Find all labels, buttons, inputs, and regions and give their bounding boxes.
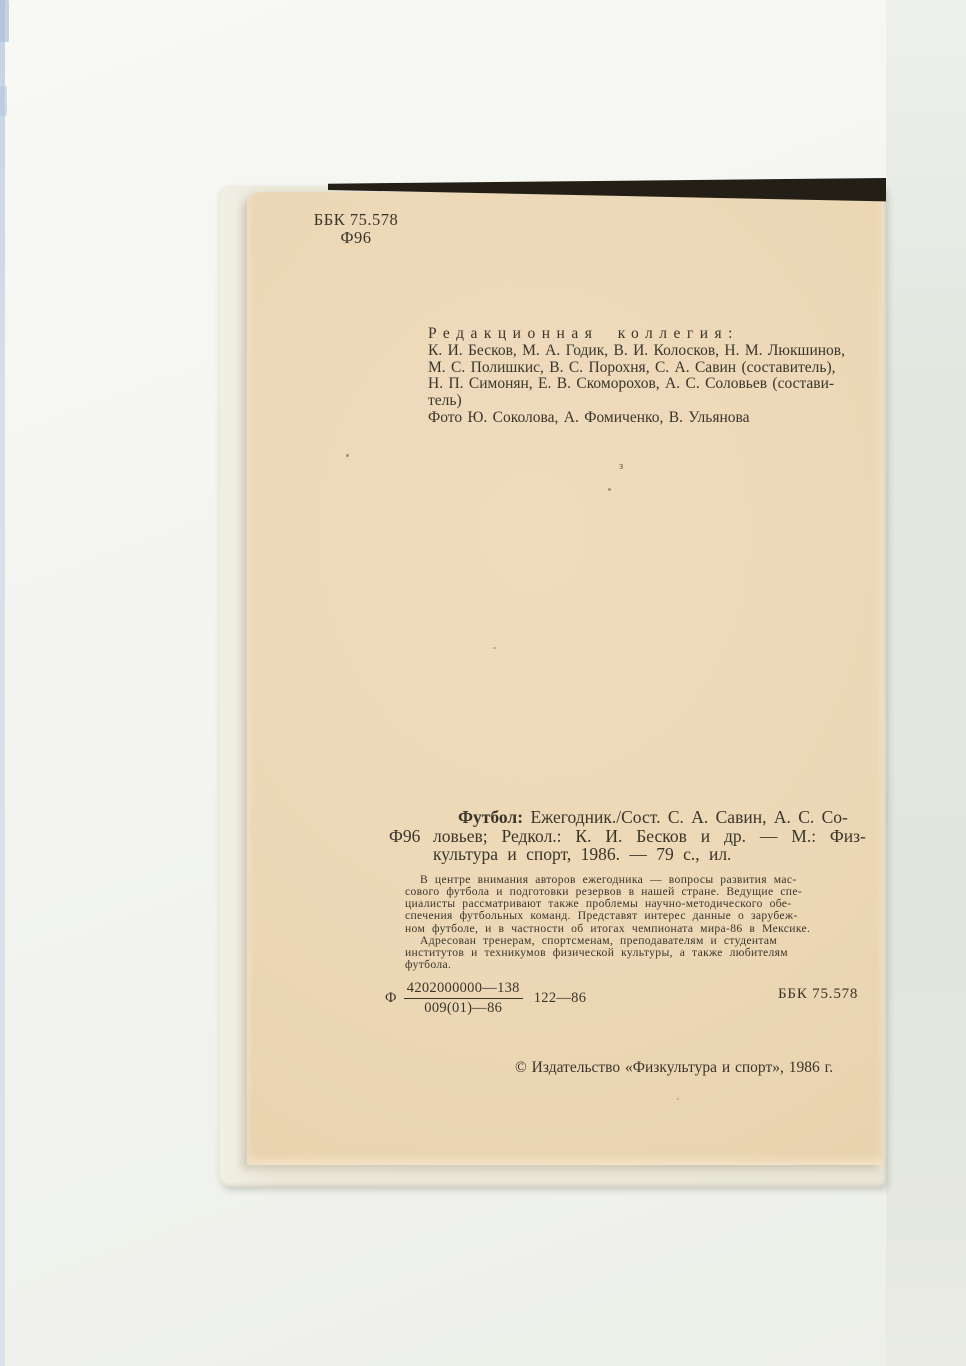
catalog-line-rest: Ежегодник./Сост. С. А. Савин, А. С. Со- <box>523 807 848 827</box>
book-title-bold: Футбол: <box>458 807 523 827</box>
annotation-line: ном футболе, и в частности об итогах чем… <box>405 923 873 935</box>
formula-numerator: 4202000000—138 <box>404 980 523 999</box>
annotation-line: спечения футбольных команд. Представят и… <box>405 910 873 922</box>
catalog-line: Футбол: Ежегодник./Сост. С. А. Савин, А.… <box>433 808 887 827</box>
formula-denominator: 009(01)—86 <box>424 999 502 1017</box>
bbk-classification-bottom: ББК 75.578 <box>778 986 858 1003</box>
formula-fraction: 4202000000—138 009(01)—86 <box>404 980 523 1017</box>
catalog-line: ловьев; Редкол.: К. И. Бесков и др. — М.… <box>433 827 887 846</box>
bbk-code-line: ББК 75.578 <box>302 211 410 229</box>
catalog-line: культура и спорт, 1986. — 79 с., ил. <box>433 845 887 864</box>
bbk-classification-header: ББК 75.578 Ф96 <box>302 211 410 246</box>
scanner-bed-right-strip <box>886 0 966 1366</box>
blue-edge-mark <box>0 0 9 42</box>
catalog-number-formula: Ф 4202000000—138 009(01)—86 122—86 <box>385 980 586 1017</box>
dust-speck <box>677 1098 679 1100</box>
editorial-board-line: М. С. Полишкис, В. С. Порохня, С. А. Сав… <box>428 360 884 377</box>
scanner-edge-artifact <box>0 0 5 1366</box>
book-imprint-page: ББК 75.578 Ф96 Редакционная коллегия: К.… <box>247 192 883 1165</box>
catalog-margin-code: Ф96 <box>389 827 420 846</box>
dust-speck <box>346 454 349 457</box>
print-order-code: 122—86 <box>534 990 587 1007</box>
editorial-board-line: тель) <box>428 393 884 410</box>
editorial-board-line: Н. П. Симонян, Е. В. Скоморохов, А. С. С… <box>428 376 884 393</box>
blue-edge-mark <box>0 86 7 116</box>
editorial-board-line: К. И. Бесков, М. А. Годик, В. И. Колоско… <box>428 343 884 360</box>
editorial-board-block: Редакционная коллегия: К. И. Бесков, М. … <box>428 326 884 427</box>
annotation-block: В центре внимания авторов ежегодника — в… <box>405 874 873 971</box>
photo-credit-line: Фото Ю. Соколова, А. Фомиченко, В. Ульян… <box>428 410 884 427</box>
catalog-card-block: Ф96 Футбол: Ежегодник./Сост. С. А. Савин… <box>433 808 887 864</box>
stray-print-mark: з <box>619 461 623 472</box>
editorial-board-heading: Редакционная коллегия: <box>428 326 884 343</box>
formula-prefix: Ф <box>385 990 397 1007</box>
dust-speck <box>493 647 496 649</box>
copyright-line: © Издательство «Физкультура и спорт», 19… <box>515 1059 833 1077</box>
dust-speck <box>608 488 611 491</box>
annotation-line: институтов и техникумов физической культ… <box>405 947 873 959</box>
annotation-line: футбола. <box>405 959 873 971</box>
author-sign-line: Ф96 <box>302 229 410 247</box>
